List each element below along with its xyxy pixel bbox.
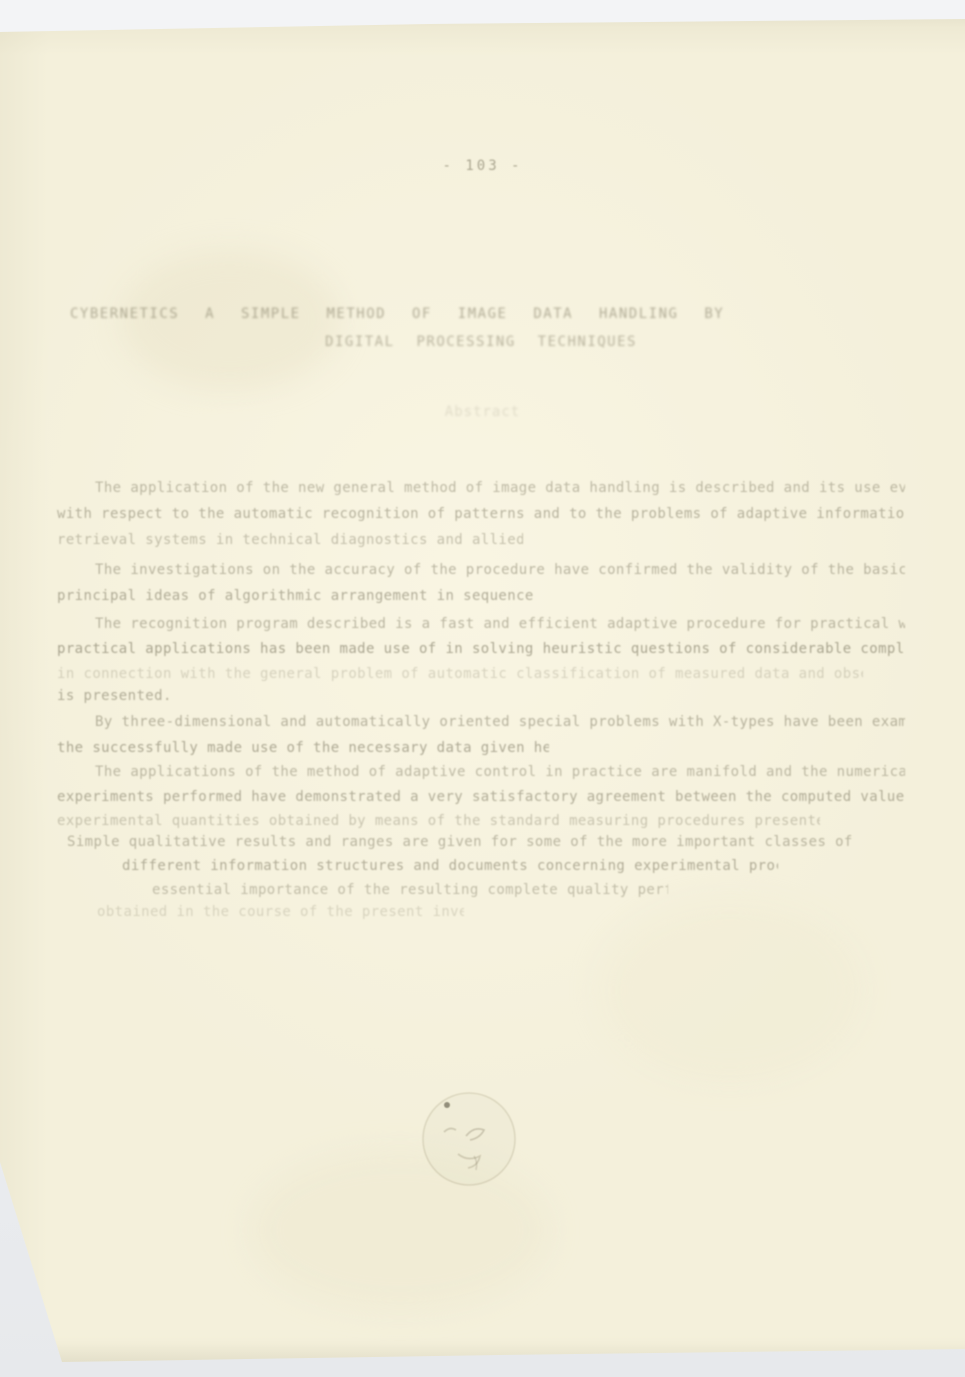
- text-line: Simple qualitative results and ranges ar…: [67, 834, 863, 854]
- scanned-document: { "page": { "page_number": "- 103 -", "t…: [0, 0, 965, 1377]
- text-line: principal ideas of algorithmic arrangeme…: [57, 588, 583, 608]
- text-line: obtained in the course of the present in…: [97, 904, 464, 924]
- text-line: in connection with the general problem o…: [57, 666, 863, 686]
- text-line: practical applications has been made use…: [57, 641, 905, 661]
- text-line: The investigations on the accuracy of th…: [95, 562, 905, 582]
- text-line: retrieval systems in technical diagnosti…: [57, 532, 523, 552]
- text-line: essential importance of the resulting co…: [152, 882, 668, 902]
- text-line: different information structures and doc…: [122, 858, 778, 878]
- text-line: The recognition program described is a f…: [95, 616, 905, 636]
- text-line: is presented.: [57, 688, 176, 708]
- text-line: experiments performed have demonstrated …: [57, 789, 905, 809]
- paper-content: - 103 - CYBERNETICS A SIMPLE METHOD OF I…: [0, 0, 965, 1377]
- text-line: experimental quantities obtained by mean…: [57, 813, 820, 833]
- text-line: with respect to the automatic recognitio…: [57, 506, 905, 526]
- text-line: By three-dimensional and automatically o…: [95, 714, 905, 734]
- text-line: The applications of the method of adapti…: [95, 764, 905, 784]
- text-line: the successfully made use of the necessa…: [57, 740, 549, 760]
- paper-page: - 103 - CYBERNETICS A SIMPLE METHOD OF I…: [0, 0, 965, 1377]
- stamp-icon: [414, 1084, 524, 1194]
- text-line: The application of the new general metho…: [95, 480, 905, 500]
